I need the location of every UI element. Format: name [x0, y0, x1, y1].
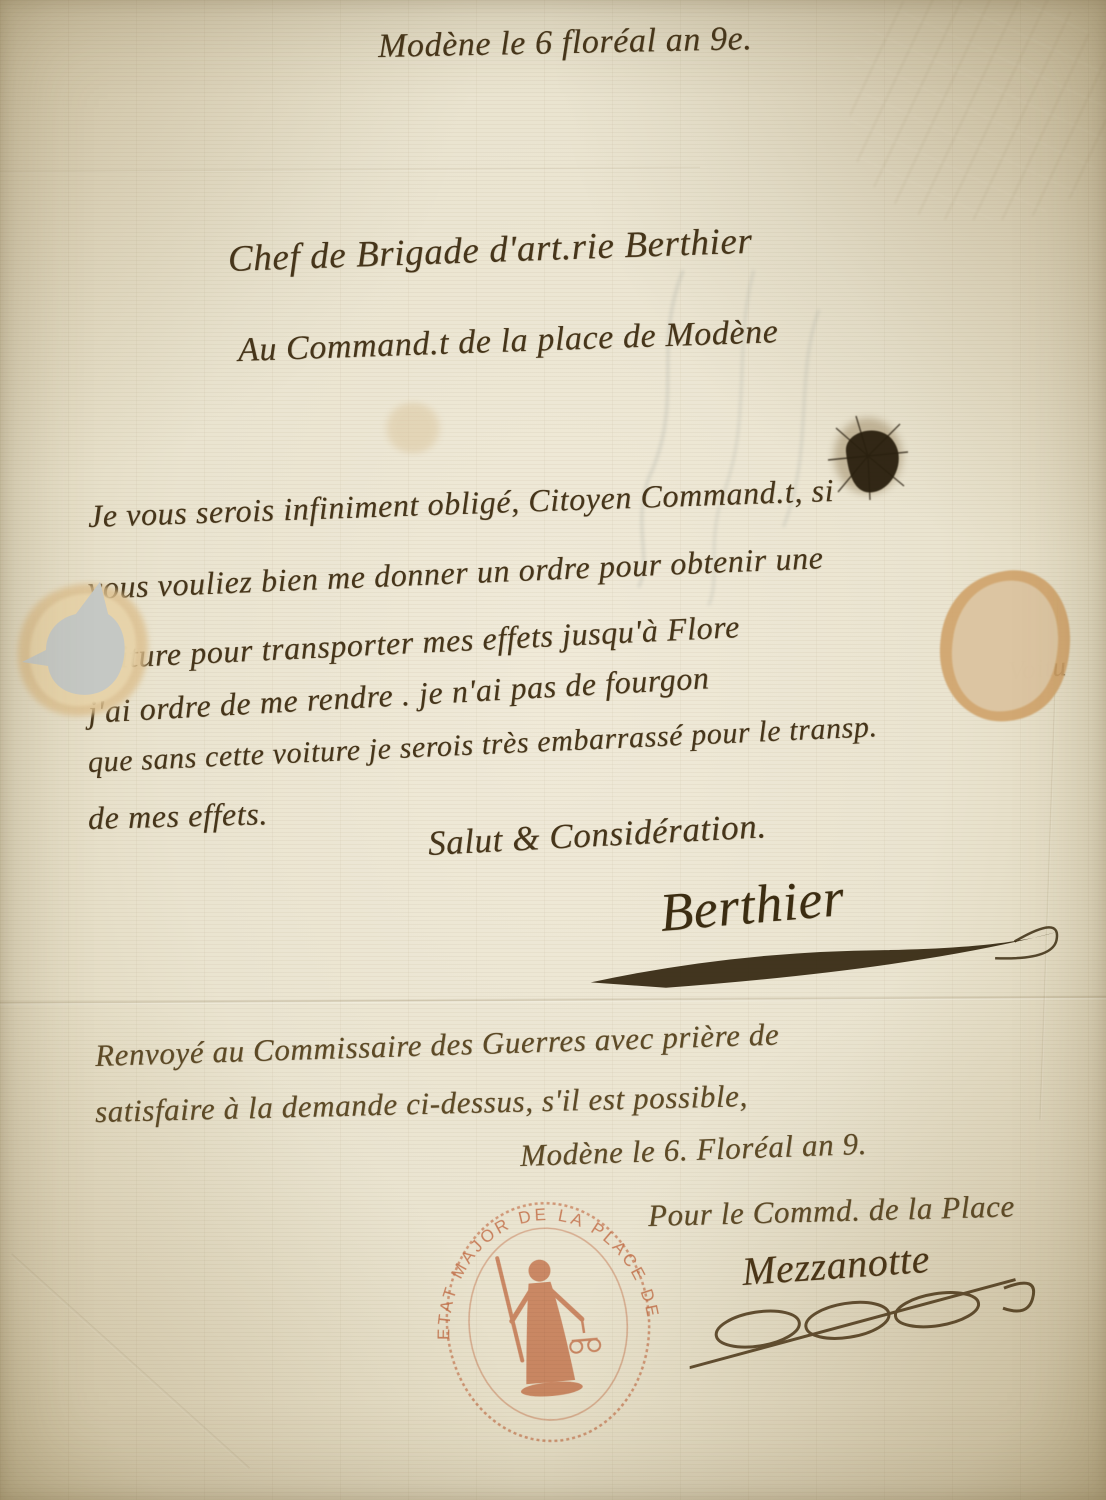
margin-fragment: Voitu — [1007, 651, 1068, 687]
top-right-wrinkles — [850, 0, 1106, 220]
body-line: Je vous serois infiniment obligé, Citoye… — [87, 472, 834, 535]
bottom-left-diagonal-crease — [10, 1253, 250, 1469]
endorsement-authority: Pour le Commd. de la Place — [648, 1188, 1016, 1234]
closing-salutation: Salut & Considération. — [427, 806, 768, 864]
svg-text:ETAT MAJOR DE LA PLACE DE MODE: ETAT MAJOR DE LA PLACE DE MODENE — [421, 1186, 663, 1348]
heading-from: Chef de Brigade d'art.rie Berthier — [227, 220, 753, 281]
mezzanotte-signature: Mezzanotte — [740, 1235, 931, 1295]
wax-stain-right — [930, 565, 1080, 735]
faint-stain — [382, 402, 444, 454]
letter-scan: Modène le 6 floréal an 9e. Chef de Briga… — [0, 0, 1106, 1500]
upper-fold-crease — [0, 166, 700, 174]
endorsement-line-1: Renvoyé au Commissaire des Guerres avec … — [94, 1017, 779, 1074]
berthier-signature: Berthier — [657, 866, 846, 944]
endorsement-line-2: satisfaire à la demande ci-dessus, s'il … — [95, 1078, 749, 1130]
heading-to: Au Command.t de la place de Modène — [237, 313, 779, 370]
stamp-text: ETAT MAJOR DE LA PLACE DE MODENE — [421, 1186, 663, 1348]
stamp-figure-icon — [497, 1250, 604, 1400]
oval-stamp: ETAT MAJOR DE LA PLACE DE MODENE — [421, 1186, 676, 1457]
signature-flourish — [584, 919, 1076, 996]
body-line: de mes effets. — [88, 795, 269, 837]
horizontal-fold-crease — [0, 995, 1106, 1006]
endorsement-dateline: Modène le 6. Floréal an 9. — [519, 1126, 867, 1174]
body-line: vous vouliez bien me donner un ordre pou… — [87, 539, 824, 607]
dateline: Modène le 6 floréal an 9e. — [378, 20, 753, 66]
